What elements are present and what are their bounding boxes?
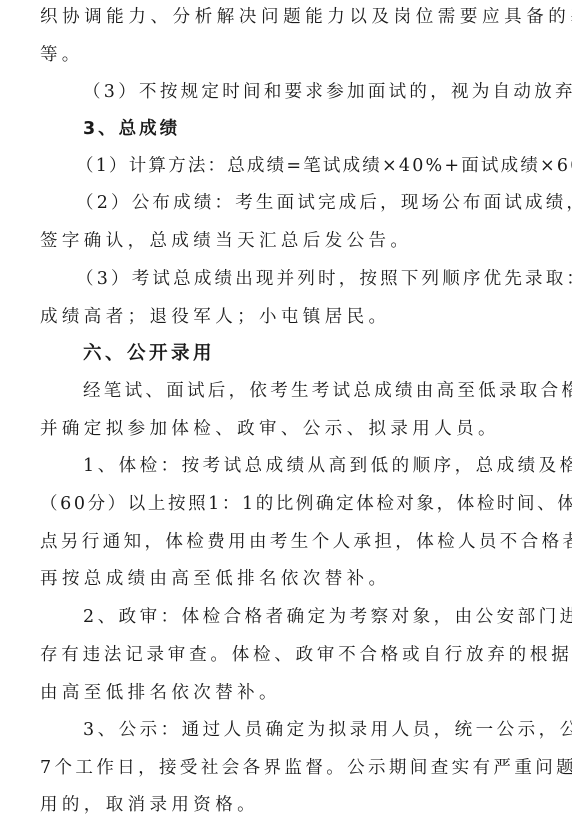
item-2-political-review: 2、政审：体检合格者确定为考察对象，由公安部门进行是否 bbox=[83, 606, 572, 628]
hiring-intro-continuation: 并确定拟参加体检、政审、公示、拟录用人员。 bbox=[40, 418, 500, 440]
clause-3-no-show: （3）不按规定时间和要求参加面试的，视为自动放弃。 bbox=[83, 81, 572, 103]
item-1-continuation-a: （60分）以上按照1：1的比例确定体检对象，体检时间、体检地 bbox=[40, 493, 572, 515]
item-1-continuation-b: 点另行通知，体检费用由考生个人承担，体检人员不合格者淘汰， bbox=[40, 531, 572, 553]
item-3-continuation-b: 用的，取消录用资格。 bbox=[40, 794, 259, 816]
clause-2-continuation: 签字确认，总成绩当天汇总后发公告。 bbox=[40, 230, 412, 252]
item-1-continuation-c: 再按总成绩由高至低排名依次替补。 bbox=[40, 568, 390, 590]
item-3-continuation-a: 7个工作日，接受社会各界监督。公示期间查实有严重问题影响录 bbox=[40, 757, 572, 779]
item-2-continuation-b: 由高至低排名依次替补。 bbox=[40, 682, 281, 704]
item-2-continuation-a: 存有违法记录审查。体检、政审不合格或自行放弃的根据总成绩 bbox=[40, 644, 572, 666]
clause-3-continuation: 成绩高者；退役军人；小屯镇居民。 bbox=[40, 306, 390, 328]
clause-2-publish-scores: （2）公布成绩：考生面试完成后，现场公布面试成绩，考生 bbox=[76, 192, 572, 214]
clause-3-tie-break: （3）考试总成绩出现并列时，按照下列顺序优先录取：面试 bbox=[76, 268, 572, 290]
clause-1-calculation: （1）计算方法：总成绩=笔试成绩×40%+面试成绩×60%; bbox=[76, 155, 572, 177]
item-1-physical-exam: 1、体检：按考试总成绩从高到低的顺序，总成绩及格分数线 bbox=[83, 455, 572, 477]
paragraph-line-continuation: 织协调能力、分析解决问题能力以及岗位需要应具备的基本素质 bbox=[40, 6, 572, 28]
hiring-intro: 经笔试、面试后，依考生考试总成绩由高至低录取合格人员， bbox=[83, 380, 572, 402]
paragraph-line-end: 等。 bbox=[40, 44, 83, 66]
section-heading-public-hiring: 六、公开录用 bbox=[83, 343, 215, 365]
section-heading-total-score: 3、总成绩 bbox=[83, 118, 180, 140]
item-3-publicity: 3、公示：通过人员确定为拟录用人员，统一公示，公示期为 bbox=[83, 719, 572, 741]
